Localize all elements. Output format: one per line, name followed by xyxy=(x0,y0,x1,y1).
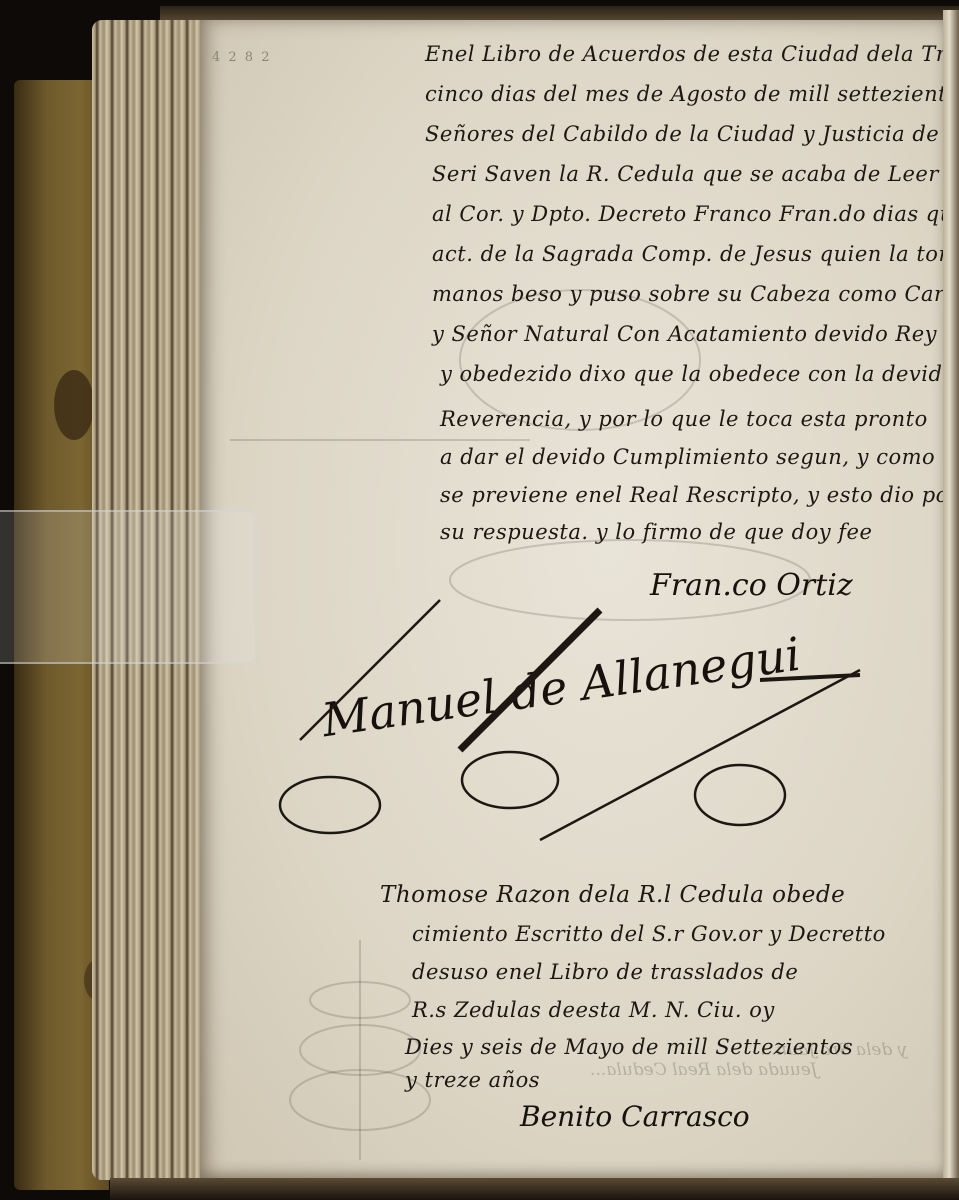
note-line: cimiento Escritto del S.r Gov.or y Decre… xyxy=(412,922,886,946)
pencil-folio-mark: 4 2 8 2 xyxy=(212,50,271,65)
text-line: cinco dias del mes de Agosto de mill set… xyxy=(425,82,959,106)
page-bottom-edge xyxy=(110,1178,959,1200)
text-line: a dar el devido Cumplimiento segun, y co… xyxy=(440,445,935,469)
text-line: Señores del Cabildo de la Ciudad y Justi… xyxy=(425,122,959,146)
text-line: se previene enel Real Rescripto, y esto … xyxy=(440,483,959,507)
text-line: y obedezido dixo que la obedece con la d… xyxy=(440,362,955,386)
note-line: Thomose Razon dela R.l Cedula obede xyxy=(380,882,845,908)
note-line: desuso enel Libro de trasslados de xyxy=(412,960,798,984)
text-line: y Señor Natural Con Acatamiento devido R… xyxy=(432,322,959,346)
note-line: R.s Zedulas deesta M. N. Ciu. oy xyxy=(412,998,775,1022)
note-line: y treze años xyxy=(405,1068,540,1092)
bleed-through-text: y dela Sra Jaun... xyxy=(760,1040,907,1060)
transparent-ruler xyxy=(0,510,257,664)
signature-benito: Benito Carrasco xyxy=(520,1100,750,1133)
text-line: Enel Libro de Acuerdos de esta Ciudad de… xyxy=(425,42,959,66)
page-right-edge xyxy=(943,10,959,1190)
cover-stain xyxy=(54,370,94,440)
bleed-through-text: Jeuuda dela Real Cedula... xyxy=(590,1060,818,1080)
signature-flourish xyxy=(200,580,945,880)
text-line: act. de la Sagrada Comp. de Jesus quien … xyxy=(432,242,959,266)
manuscript-page: Enel Libro de Acuerdos de esta Ciudad de… xyxy=(200,20,945,1180)
text-line: Seri Saven la R. Cedula que se acaba de … xyxy=(432,162,959,186)
text-line: Reverencia, y por lo que le toca esta pr… xyxy=(440,407,928,431)
text-line: manos beso y puso sobre su Cabeza como C… xyxy=(432,282,959,306)
text-line: al Cor. y Dpto. Decreto Franco Fran.do d… xyxy=(432,202,959,226)
text-line: su respuesta. y lo firmo de que doy fee xyxy=(440,520,872,544)
